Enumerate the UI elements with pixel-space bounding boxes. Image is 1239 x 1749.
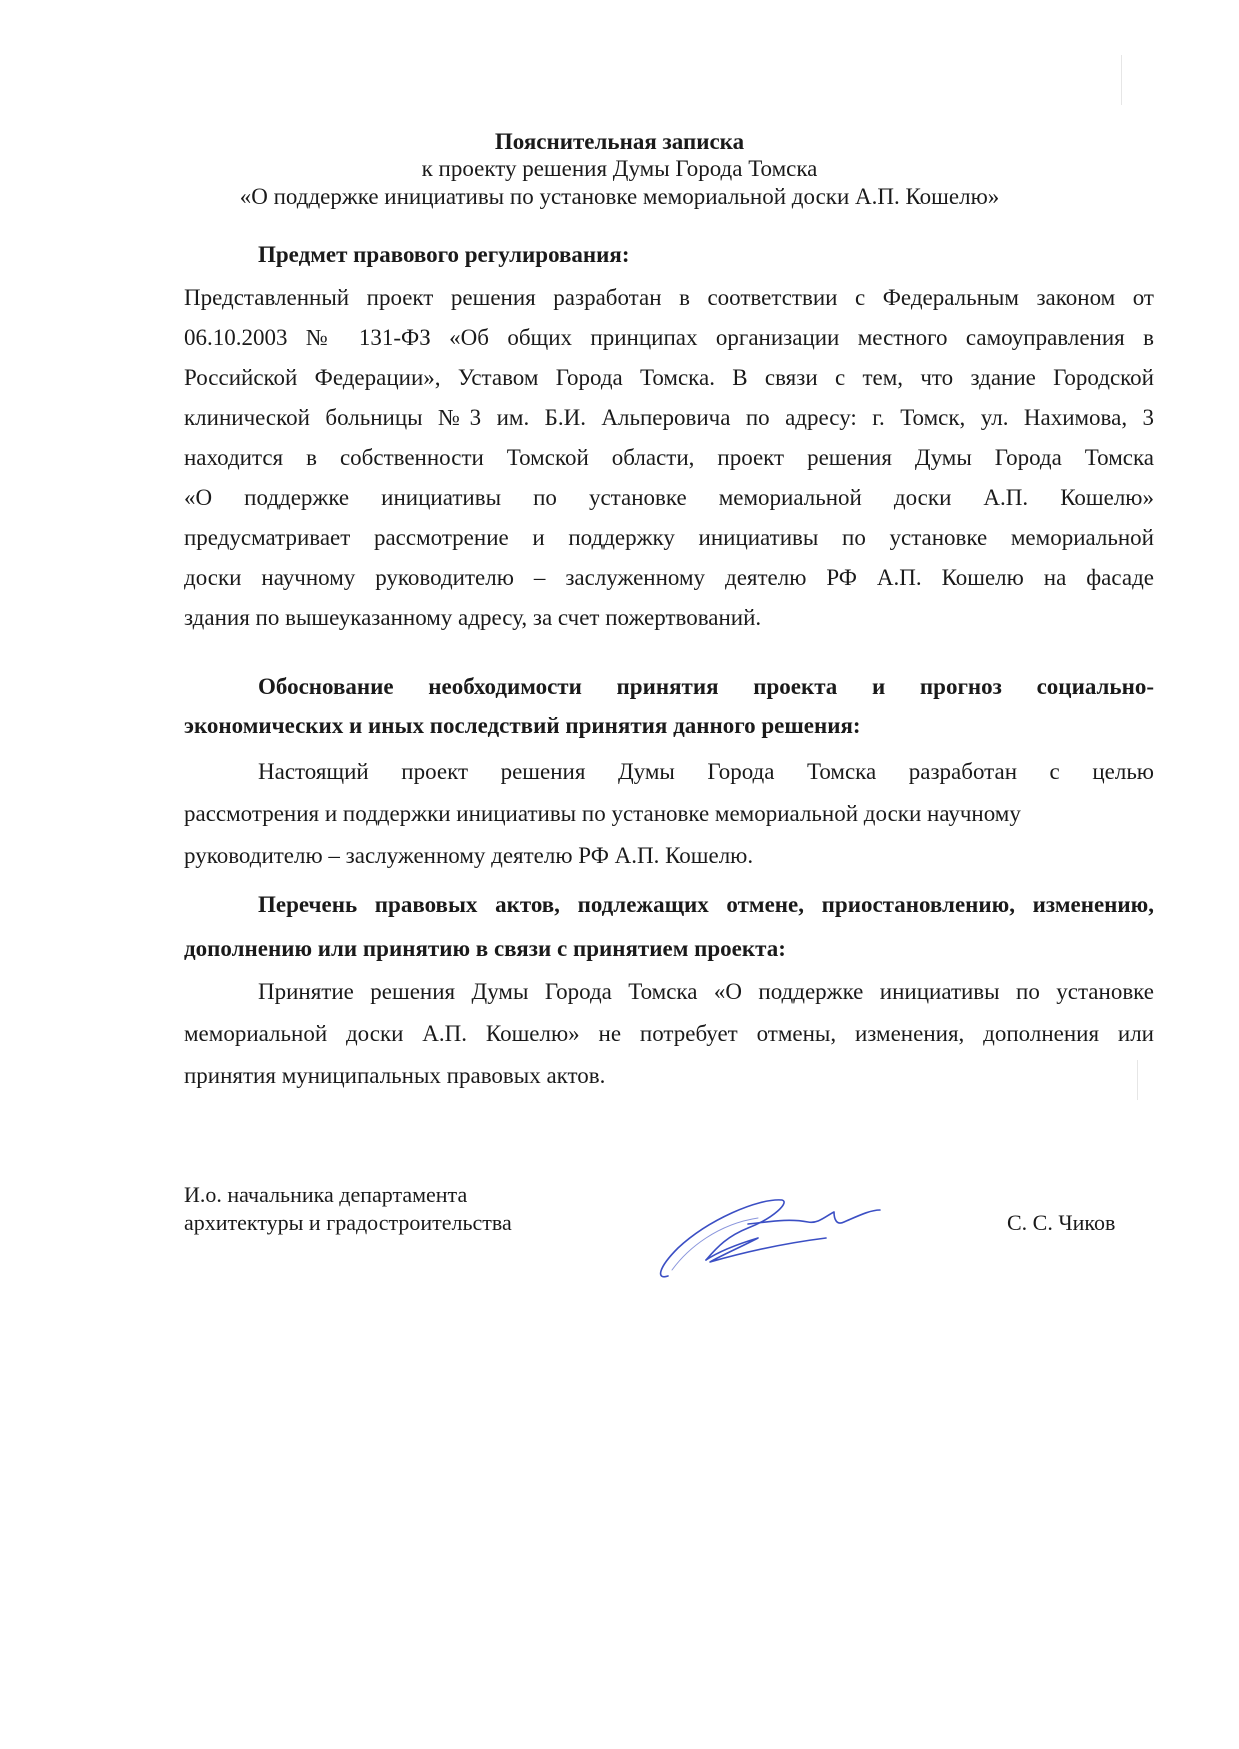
- paragraph-line: здания по вышеуказанному адресу, за счет…: [184, 603, 761, 633]
- paragraph-line: Принятие решения Думы Города Томска «О п…: [258, 977, 1154, 1007]
- paragraph-line: Настоящий проект решения Думы Города Том…: [258, 757, 1154, 787]
- paragraph-line: рассмотрения и поддержки инициативы по у…: [184, 799, 1021, 829]
- paragraph-line: клинической больницы №3 им. Б.И. Альперо…: [184, 403, 1154, 433]
- handwritten-signature-icon: [648, 1188, 888, 1298]
- document-title: Пояснительная записка: [0, 127, 1239, 157]
- section-heading: Обоснование необходимости принятия проек…: [258, 672, 1154, 702]
- paragraph-line: 06.10.2003 № 131-ФЗ «Об общих принципах …: [184, 323, 1154, 353]
- document-page: Пояснительная записка к проекту решения …: [0, 0, 1239, 1749]
- paragraph-line: предусматривает рассмотрение и поддержку…: [184, 523, 1154, 553]
- signatory-name: С. С. Чиков: [1007, 1208, 1115, 1238]
- paragraph-line: доски научному руководителю – заслуженно…: [184, 563, 1154, 593]
- signatory-position: И.о. начальника департамента: [184, 1180, 467, 1210]
- section-heading: Предмет правового регулирования:: [258, 240, 630, 270]
- paragraph-line: мемориальной доски А.П. Кошелю» не потре…: [184, 1019, 1154, 1049]
- section-heading: экономических и иных последствий приняти…: [184, 711, 861, 741]
- paragraph-line: «О поддержке инициативы по установке мем…: [184, 483, 1154, 513]
- paragraph-line: руководителю – заслуженному деятелю РФ А…: [184, 841, 753, 871]
- section-heading: дополнению или принятию в связи с принят…: [184, 934, 786, 964]
- paragraph-line: находится в собственности Томской област…: [184, 443, 1154, 473]
- signatory-position: архитектуры и градостроительства: [184, 1208, 512, 1238]
- document-subtitle-quote: «О поддержке инициативы по установке мем…: [0, 182, 1239, 212]
- scan-artifact: [1137, 1060, 1138, 1100]
- paragraph-line: Представленный проект решения разработан…: [184, 283, 1154, 313]
- paragraph-line: принятия муниципальных правовых актов.: [184, 1061, 605, 1091]
- scan-artifact: [1121, 55, 1122, 105]
- paragraph-line: Российской Федерации», Уставом Города То…: [184, 363, 1154, 393]
- document-subtitle: к проекту решения Думы Города Томска: [0, 154, 1239, 184]
- section-heading: Перечень правовых актов, подлежащих отме…: [258, 890, 1154, 920]
